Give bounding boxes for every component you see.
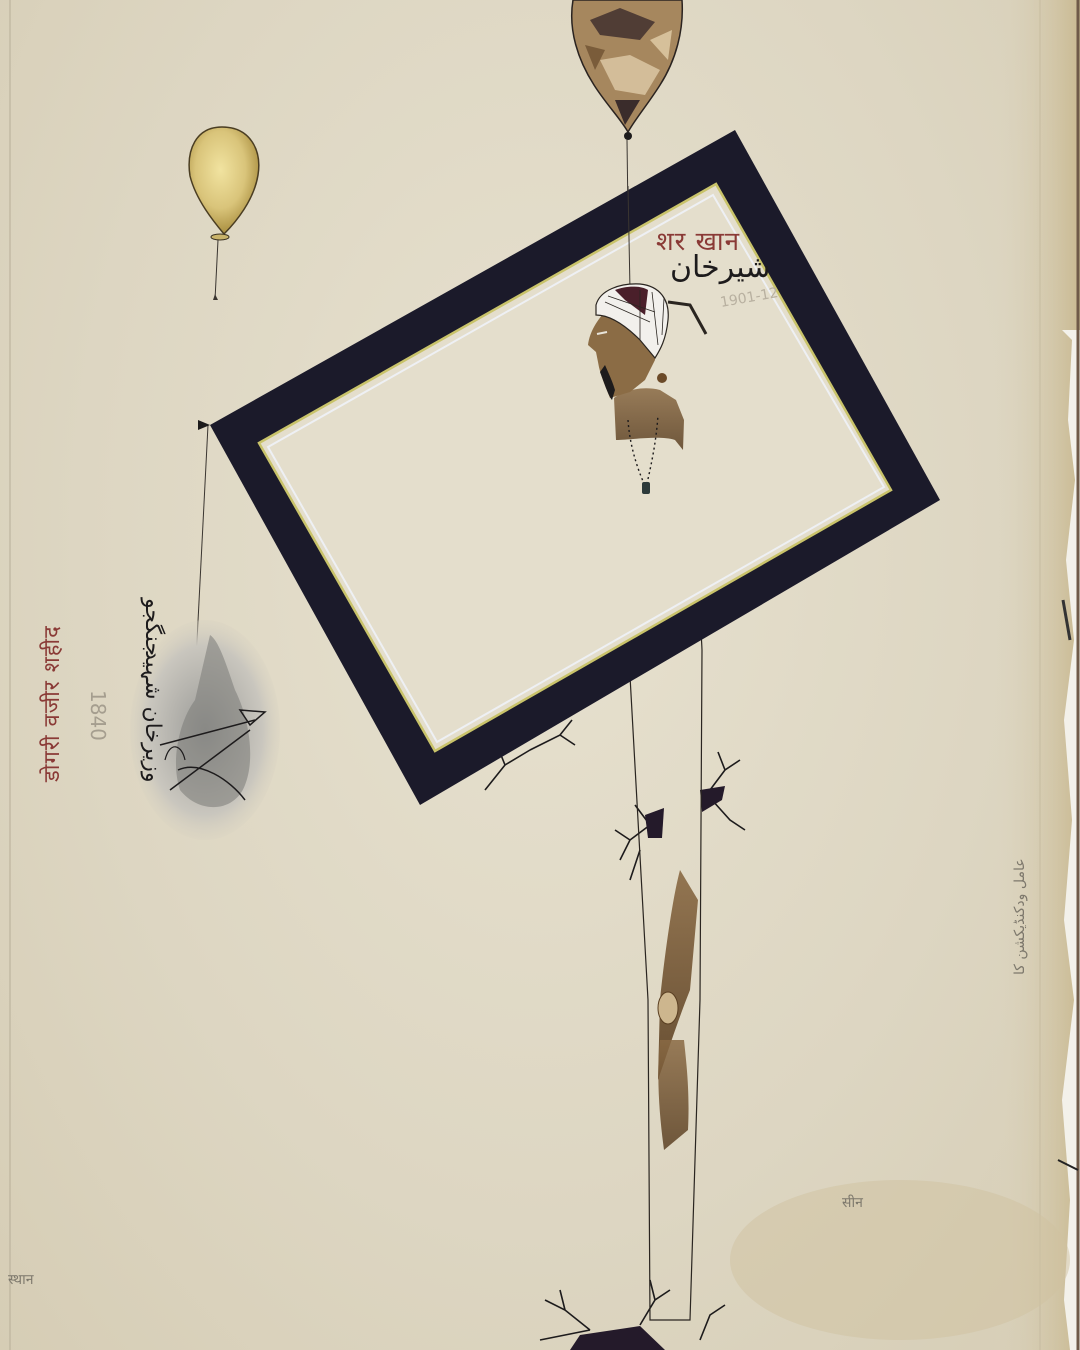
crack-hole-left — [645, 808, 664, 838]
left-urdu-label: وزیرخان شہید — [140, 650, 165, 782]
gold-balloon — [189, 127, 259, 300]
crack-hole-bottom — [570, 1326, 665, 1350]
tilted-picture-frame — [210, 130, 940, 805]
frame-urdu-label: شیرخان — [670, 250, 770, 285]
right-edge-pencil-note: عامل ودکنڈیکشن کا — [1012, 858, 1028, 975]
artwork-canvas: शर खान شیرخان 1901-12 डोगरी वजीर शहीद 18… — [0, 0, 1080, 1350]
water-stain-bottom — [730, 1180, 1070, 1340]
left-devanagari-label: डोगरी वजीर शहीद — [36, 625, 66, 782]
crack-hole-right — [700, 786, 725, 812]
left-urdu-title: جنگجو — [140, 598, 165, 656]
left-year-label: 1840 — [86, 690, 110, 741]
bottom-right-pencil-note: सीन — [842, 1193, 863, 1212]
cracks — [470, 662, 745, 1340]
bottom-left-pencil-note: स्थान — [8, 1270, 34, 1289]
